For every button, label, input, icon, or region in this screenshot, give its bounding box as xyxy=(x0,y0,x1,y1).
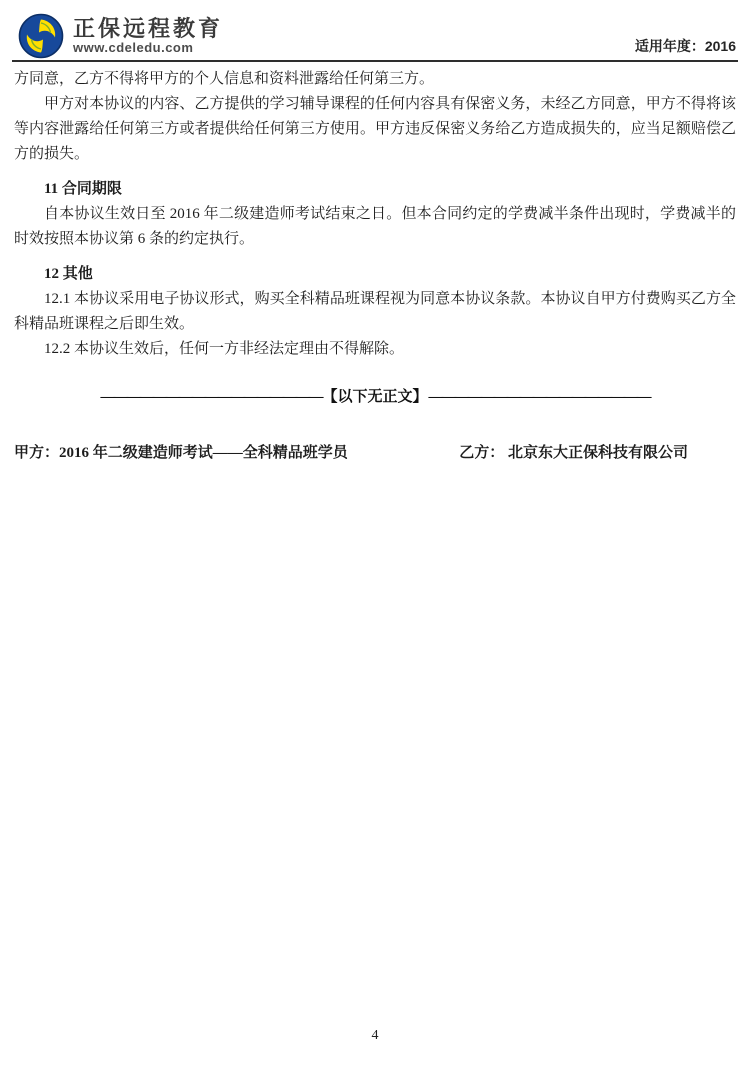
page-header: 正保远程教育 www.cdeledu.com 适用年度：2016 xyxy=(0,0,750,60)
brand-url: www.cdeledu.com xyxy=(73,41,223,56)
paragraph-continuation: 方同意，乙方不得将甲方的个人信息和资料泄露给任何第三方。 xyxy=(14,67,736,92)
party-a-signature: 甲方：2016 年二级建造师考试——全科精品班学员 xyxy=(14,440,348,466)
blank-area xyxy=(0,466,750,1028)
clause-12-1: 12.1 本协议采用电子协议形式，购买全科精品班课程视为同意本协议条款。本协议自… xyxy=(14,287,736,337)
party-b-signature: 乙方： 北京东大正保科技有限公司 xyxy=(459,440,688,466)
divider-left-dashes: ————————————————— xyxy=(100,389,321,405)
brand-text: 正保远程教育 www.cdeledu.com xyxy=(73,16,223,56)
cdel-swirl-logo-icon xyxy=(18,13,64,59)
clause-12-2: 12.2 本协议生效后，任何一方非经法定理由不得解除。 xyxy=(14,337,736,362)
divider-label: 【以下无正文】 xyxy=(321,389,428,405)
page-number: 4 xyxy=(372,1028,379,1043)
section-12-heading: 12 其他 xyxy=(14,262,736,287)
section-11-heading: 11 合同期限 xyxy=(14,177,736,202)
applicable-year-label: 适用年度：2016 xyxy=(635,36,736,59)
page-footer: 4 xyxy=(0,1028,750,1068)
contract-page: 正保远程教育 www.cdeledu.com 适用年度：2016 方同意，乙方不… xyxy=(0,0,750,1068)
no-more-text-divider: —————————————————【以下无正文】————————————————… xyxy=(14,384,736,410)
divider-right-dashes: ————————————————— xyxy=(429,389,650,405)
paragraph-confidentiality: 甲方对本协议的内容、乙方提供的学习辅导课程的任何内容具有保密义务，未经乙方同意，… xyxy=(14,92,736,167)
section-11-paragraph: 自本协议生效日至 2016 年二级建造师考试结束之日。但本合同约定的学费减半条件… xyxy=(14,202,736,252)
brand-name: 正保远程教育 xyxy=(73,16,223,41)
brand-logo: 正保远程教育 www.cdeledu.com xyxy=(18,13,223,59)
contract-body: 方同意，乙方不得将甲方的个人信息和资料泄露给任何第三方。 甲方对本协议的内容、乙… xyxy=(0,62,750,466)
signature-row: 甲方：2016 年二级建造师考试——全科精品班学员 乙方： 北京东大正保科技有限… xyxy=(14,440,736,466)
